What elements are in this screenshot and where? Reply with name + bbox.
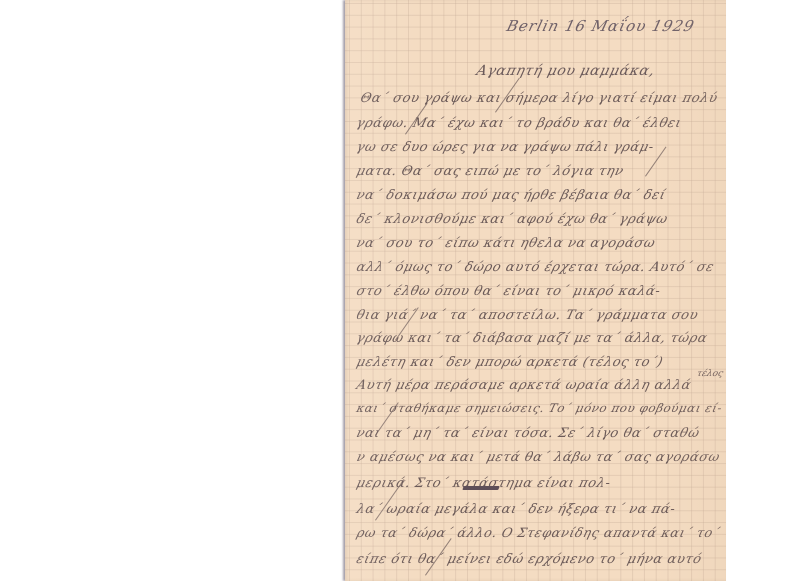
letter-line: μελέτη και΄ δεν μπορώ αρκετά (τέλος το΄) xyxy=(355,356,664,369)
letter-line: Θα΄ σου γράψω και σήμερα λίγο γιατί είμα… xyxy=(359,92,719,105)
letter-line: ναι τα΄ μη΄ τα΄ είναι τόσα. Σε΄ λίγο θα΄… xyxy=(355,427,701,440)
letter-line: γράφω και΄ τα΄ διάβασα μαζί με τα΄ άλλα,… xyxy=(355,332,709,345)
letter-line: Αυτή μέρα περάσαμε αρκετά ωραία άλλη αλλ… xyxy=(355,379,693,392)
letter-line: λα΄ ωραία μεγάλα και΄ δεν ήξερα τι΄ να π… xyxy=(355,503,677,516)
letter-page: Berlin 16 Μαΐου 1929 Αγαπητή μου μαμμάκα… xyxy=(345,0,726,581)
letter-salutation: Αγαπητή μου μαμμάκα, xyxy=(475,64,656,78)
margin-insert: τέλος xyxy=(696,369,724,379)
letter-line: να΄ δοκιμάσω πού μας ήρθε βέβαια θα΄ δεί xyxy=(355,189,667,202)
letter-dateline: Berlin 16 Μαΐου 1929 xyxy=(505,19,696,34)
letter-line: ρω τα΄ δώρα΄ άλλο. Ο Στεφανίδης απαντά κ… xyxy=(355,528,721,541)
letter-line: δε΄ κλονισθούμε και΄ αφού έχω θα΄ γράψω xyxy=(355,213,669,226)
letter-line: στο΄ έλθω όπου θα΄ είναι το΄ μικρό καλά- xyxy=(355,285,662,298)
letter-line: γράφω. Μα΄ έχω και΄ το βράδυ και θα΄ έλθ… xyxy=(355,117,683,130)
letter-line: θια γιά΄ να΄ τα΄ αποστείλω. Τα΄ γράμματα… xyxy=(355,309,700,322)
crossed-out-word xyxy=(462,486,499,490)
letter-line: ν αμέσως να και΄ μετά θα΄ λάβω τα΄ σας α… xyxy=(355,452,721,465)
letter-line: γω σε δυο ώρες για να γράψω πάλι γράμ- xyxy=(355,141,655,154)
letter-line: αλλ΄ όμως το΄ δώρο αυτό έρχεται τώρα. Αυ… xyxy=(355,261,715,274)
letter-line: ματα. Θα΄ σας ειπώ με το΄ λόγια την xyxy=(355,165,625,178)
scan-background: Berlin 16 Μαΐου 1929 Αγαπητή μου μαμμάκα… xyxy=(0,0,800,581)
letter-line: είπε ότι θα΄ μείνει εδώ ερχόμενο το΄ μήν… xyxy=(355,553,703,566)
letter-line: να΄ σου το΄ είπω κάτι ηθελα να αγοράσω xyxy=(355,237,657,250)
letter-line: και΄ σταθήκαμε σημειώσεις. Το΄ μόνο που … xyxy=(355,403,723,415)
